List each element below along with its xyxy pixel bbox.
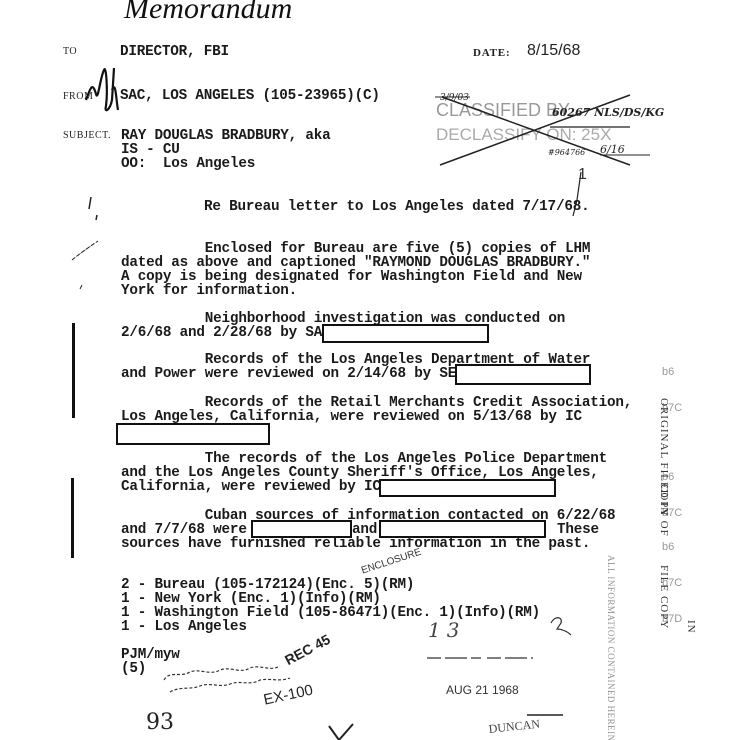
filed-date-stamp: AUG 21 1968 — [446, 683, 519, 697]
margin-marks-icon — [60, 195, 110, 315]
redaction-box — [379, 479, 556, 497]
handwritten-v-icon — [325, 722, 375, 740]
margin-in: IN — [685, 620, 697, 634]
reference-line: Re Bureau letter to Los Angeles dated 7/… — [204, 200, 589, 215]
divider-line-icon — [425, 655, 535, 661]
distribution-item: 1 - Los Angeles — [121, 620, 247, 635]
side-stamp: ALL INFORMATION CONTAINED HEREIN IS UNCL… — [606, 555, 616, 715]
handwritten-2-icon — [545, 613, 575, 638]
exemption-code: b6 — [662, 366, 682, 378]
subject-line-3: OO: Los Angeles — [121, 157, 255, 172]
date-value: 8/15/68 — [527, 42, 580, 60]
redaction-box — [455, 364, 591, 385]
margin-bar — [71, 478, 74, 558]
para3-line2: and Power were reviewed on 2/14/68 by SE — [121, 367, 456, 382]
from-value: SAC, LOS ANGELES (105-23965)(C) — [120, 89, 380, 104]
margin-bar — [72, 323, 75, 418]
subject-label: SUBJECT. — [63, 130, 111, 141]
scribble-icon — [160, 650, 340, 695]
redaction-box — [116, 423, 270, 445]
to-label: TO — [63, 46, 77, 57]
serial-hand-number: 13 — [428, 618, 465, 642]
para1-line4: York for information. — [121, 284, 297, 299]
bottom-stamp: DUNCAN — [488, 717, 541, 737]
para5-line3: California, were reviewed by IC — [121, 480, 381, 495]
to-value: DIRECTOR, FBI — [120, 45, 229, 60]
handwritten-number: 93 — [146, 710, 174, 735]
redaction-box — [322, 324, 489, 343]
bottom-dash-icon — [525, 712, 565, 718]
para6-line3: sources have furnished reliable informat… — [121, 537, 590, 552]
date-label: DATE: — [473, 47, 510, 59]
cross-out-lines-icon — [430, 85, 670, 175]
margin-slash-icon — [565, 170, 585, 220]
exemption-code: b6 — [662, 541, 682, 553]
copies-count: (5) — [121, 662, 146, 677]
para2-line2: 2/6/68 and 2/28/68 by SA — [121, 326, 322, 341]
margin-file-copy: FILE COPY — [658, 565, 670, 629]
handwritten-initials-icon — [82, 60, 122, 120]
memo-title: Memorandum — [124, 0, 292, 26]
margin-copy-text: COPY OF — [658, 484, 670, 537]
